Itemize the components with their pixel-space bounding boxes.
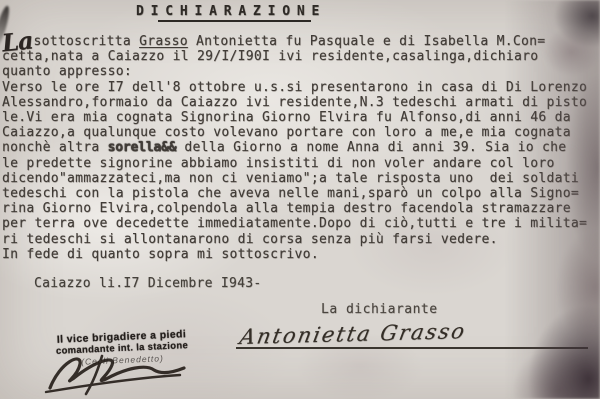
date-line: Caiazzo li.I7 Dicembre I943- [34,276,262,291]
official-stamp: Il vice brigadiere a piedi comandante in… [35,327,208,368]
body-line: le predette signorine abbiamo insistiti … [2,156,600,171]
body-line: tedeschi con la pistola che aveva nelle … [2,186,600,201]
body-line: nonchè altra sorella&& della Giorno a no… [2,140,600,155]
body-line: Lasottoscritta Grasso Antonietta fu Pasq… [2,34,600,49]
body-text-segment: nonchè altra [2,140,108,155]
body-line: Verso le ore I7 dell'8 ottobre u.s.si pr… [2,80,600,95]
body-text-segment: Antonietta fu Pasquale e di Isabella M.C… [188,34,546,49]
document-title: DICHIARAZIONE [136,4,326,19]
title-underline [158,20,311,22]
document-body: Lasottoscritta Grasso Antonietta fu Pasq… [2,34,600,262]
handwritten-initial: La [2,35,33,48]
body-line: dicendo"ammazzateci,ma non ci veniamo";a… [2,171,600,186]
body-line: ri tedeschi si allontanarono di corsa se… [2,232,600,247]
body-line: quanto appresso: [2,64,600,79]
body-line: Caiazzo,a qualunque costo volevano porta… [2,125,600,140]
body-text-segment: sottoscritta [33,34,139,49]
handwritten-signature: Antonietta Grasso [238,319,468,349]
body-text-segment: della Giorno a nome Anna di anni 39. Sia… [176,140,566,155]
declarant-label: La dichiarante [321,302,438,317]
body-line: per terra ove decedette immediatamente.D… [2,216,600,231]
body-line: In fede di quanto sopra mi sottoscrivo. [2,247,600,262]
body-line: le.Vi era mia cognata Signorina Giorno E… [2,110,600,125]
underlined-surname: Grasso [139,34,188,49]
body-line: rina Giorno Elvira,colpendola alla tempi… [2,201,600,216]
signature-underline [236,347,588,349]
body-line: cetta,nata a Caiazzo il 29/I/I90I ivi re… [2,49,600,64]
scanned-declaration-document: DICHIARAZIONE Lasottoscritta Grasso Anto… [0,0,600,399]
overstruck-word: sorella&& [108,140,177,155]
body-line: Alessandro,formaio da Caiazzo ivi reside… [2,95,600,110]
